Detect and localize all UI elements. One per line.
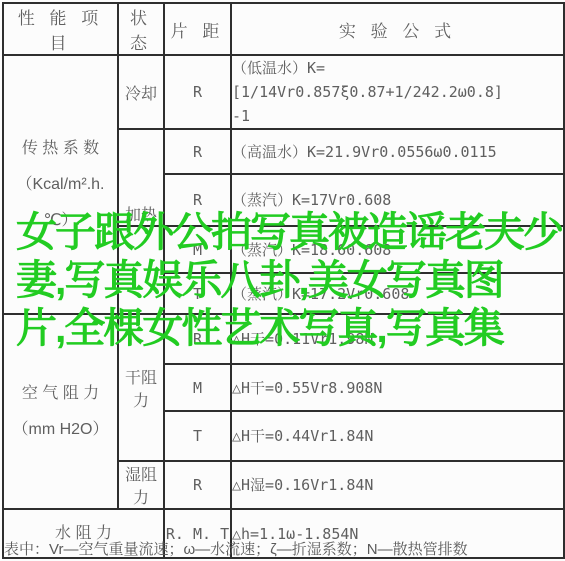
cell-performance-heat-transfer: 传 热 系 数 （Kcal/m².h. ℃） (3, 55, 118, 314)
cell-formula-wet-r: △H湿=0.16Vr1.84N (231, 461, 564, 509)
cell-pitch-r8: T (164, 411, 231, 461)
cell-pitch-r7: M (164, 364, 231, 411)
cell-pitch-r2: R (164, 129, 231, 174)
col-header-formula: 实 验 公 式 (231, 3, 564, 55)
cell-formula-steam-t: （蒸汽）K=17.2Vr0.608 (231, 273, 564, 314)
cell-pitch-r5: T (164, 273, 231, 314)
col-header-state: 状 态 (118, 3, 164, 55)
cell-pitch-r1: R (164, 55, 231, 129)
header-row: 性 能 项 目 状 态 片 距 实 验 公 式 (3, 3, 564, 55)
cell-formula-steam-m: （蒸汽）K=18.60.608 (231, 226, 564, 273)
cell-state-dry-resistance: 干阻力 (118, 314, 164, 461)
col-header-performance: 性 能 项 目 (3, 3, 118, 55)
cell-formula-dry-m: △H干=0.55Vr8.908N (231, 364, 564, 411)
cell-performance-air-resistance: 空 气 阻 力 （mm H2O） (3, 314, 118, 509)
cell-formula-dry-t: △H干=0.44Vr1.84N (231, 411, 564, 461)
cell-state-cooling: 冷却 (118, 55, 164, 129)
spec-table: 性 能 项 目 状 态 片 距 实 验 公 式 传 热 系 数 （Kcal/m²… (2, 2, 565, 559)
table-row: 传 热 系 数 （Kcal/m².h. ℃） 冷却 R （低温水）K=[1/14… (3, 55, 564, 129)
cell-state-heating-continued (118, 226, 164, 314)
cell-formula-steam-r: （蒸汽）K=17Vr0.608 (231, 174, 564, 226)
cell-formula-high-temp-water: （高温水）K=21.9Vr0.0556ω0.0115 (231, 129, 564, 174)
cell-formula-dry-r: △H干=0.11Vr1.98N (231, 314, 564, 364)
table-legend-note: 表中：Vr—空气重量流速；ω—水流速；ζ—折湿系数；N—散热管排数 (4, 538, 562, 559)
document-page: 性 能 项 目 状 态 片 距 实 验 公 式 传 热 系 数 （Kcal/m²… (0, 0, 565, 561)
col-header-pitch: 片 距 (164, 3, 231, 55)
cell-formula-low-temp-water: （低温水）K=[1/14Vr0.857ξ0.87+1/242.2ω0.8] -1 (231, 55, 564, 129)
cell-state-wet-resistance: 湿阻力 (118, 461, 164, 509)
cell-pitch-r4: M (164, 226, 231, 273)
cell-pitch-r9: R (164, 461, 231, 509)
table-row: 空 气 阻 力 （mm H2O） 干阻力 R △H干=0.11Vr1.98N (3, 314, 564, 364)
cell-state-heating: 加热 (118, 129, 164, 226)
cell-pitch-r6: R (164, 314, 231, 364)
cell-pitch-r3: R (164, 174, 231, 226)
